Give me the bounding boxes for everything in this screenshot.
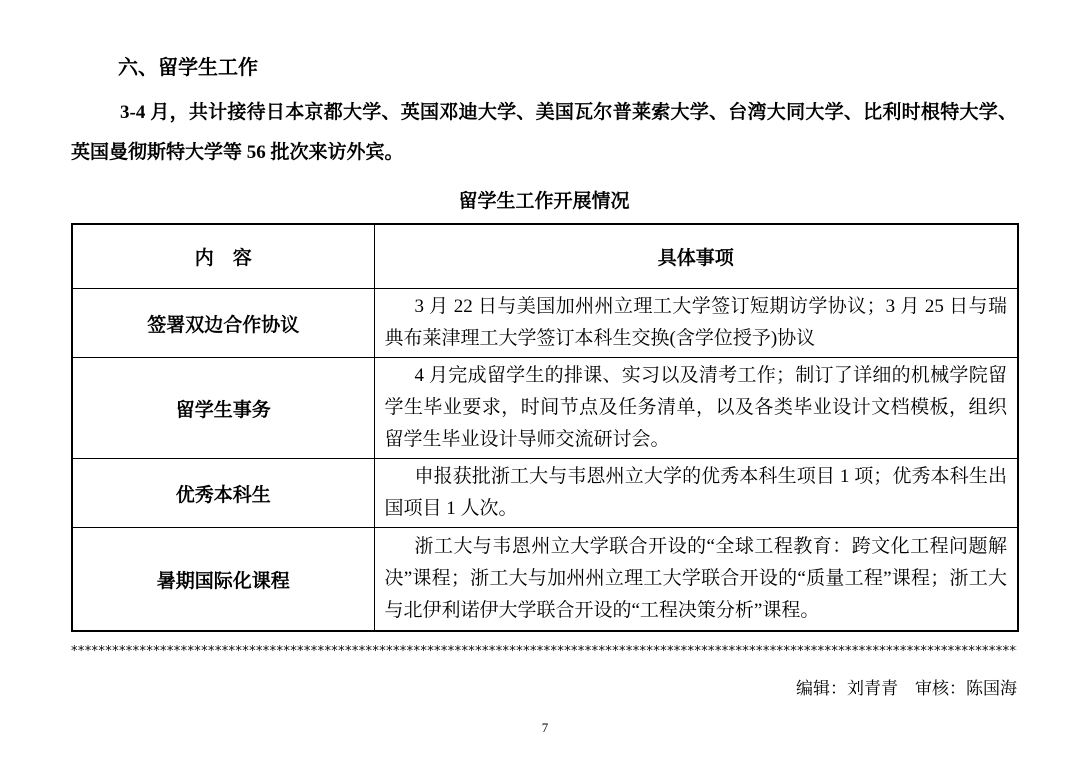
document-page: 六、留学生工作 3-4 月，共计接待日本京都大学、英国邓迪大学、美国瓦尔普莱索大… xyxy=(0,0,1090,774)
col-header-details: 具体事项 xyxy=(374,224,1018,289)
row-label: 留学生事务 xyxy=(72,358,374,459)
row-label: 签署双边合作协议 xyxy=(72,289,374,358)
col-header-content: 内 容 xyxy=(72,224,374,289)
page-number: 7 xyxy=(0,720,1090,736)
table-row-student-affairs: 留学生事务 4 月完成留学生的排课、实习以及清考工作；制订了详细的机械学院留学生… xyxy=(72,358,1018,459)
table-row-agreements: 签署双边合作协议 3 月 22 日与美国加州州立理工大学签订短期访学协议；3 月… xyxy=(72,289,1018,358)
row-detail-cell: 4 月完成留学生的排课、实习以及清考工作；制订了详细的机械学院留学生毕业要求，时… xyxy=(374,358,1018,459)
credits-line: 编辑：刘青青 审核：陈国海 xyxy=(71,677,1017,701)
row-detail-text: 3 月 22 日与美国加州州立理工大学签订短期访学协议；3 月 25 日与瑞典布… xyxy=(385,291,1008,355)
asterisk-divider: ****************************************… xyxy=(71,645,1017,659)
table-row-summer-courses: 暑期国际化课程 浙工大与韦恩州立大学联合开设的“全球工程教育：跨文化工程问题解决… xyxy=(72,528,1018,632)
row-label: 优秀本科生 xyxy=(72,459,374,528)
row-detail-cell: 申报获批浙工大与韦恩州立大学的优秀本科生项目 1 项；优秀本科生出国项目 1 人… xyxy=(374,459,1018,528)
row-detail-text: 4 月完成留学生的排课、实习以及清考工作；制订了详细的机械学院留学生毕业要求，时… xyxy=(385,360,1008,456)
student-work-table: 内 容 具体事项 签署双边合作协议 3 月 22 日与美国加州州立理工大学签订短… xyxy=(71,223,1019,632)
row-detail-text: 申报获批浙工大与韦恩州立大学的优秀本科生项目 1 项；优秀本科生出国项目 1 人… xyxy=(385,461,1008,525)
table-title: 留学生工作开展情况 xyxy=(71,189,1017,215)
row-detail-cell: 3 月 22 日与美国加州州立理工大学签订短期访学协议；3 月 25 日与瑞典布… xyxy=(374,289,1018,358)
intro-paragraph: 3-4 月，共计接待日本京都大学、英国邓迪大学、美国瓦尔普莱索大学、台湾大同大学… xyxy=(71,93,1017,173)
row-detail-text: 浙工大与韦恩州立大学联合开设的“全球工程教育：跨文化工程问题解决”课程；浙工大与… xyxy=(385,531,1008,627)
table-row-outstanding-undergrads: 优秀本科生 申报获批浙工大与韦恩州立大学的优秀本科生项目 1 项；优秀本科生出国… xyxy=(72,459,1018,528)
table-header-row: 内 容 具体事项 xyxy=(72,224,1018,289)
row-detail-cell: 浙工大与韦恩州立大学联合开设的“全球工程教育：跨文化工程问题解决”课程；浙工大与… xyxy=(374,528,1018,632)
row-label: 暑期国际化课程 xyxy=(72,528,374,632)
section-heading: 六、留学生工作 xyxy=(71,55,1017,81)
